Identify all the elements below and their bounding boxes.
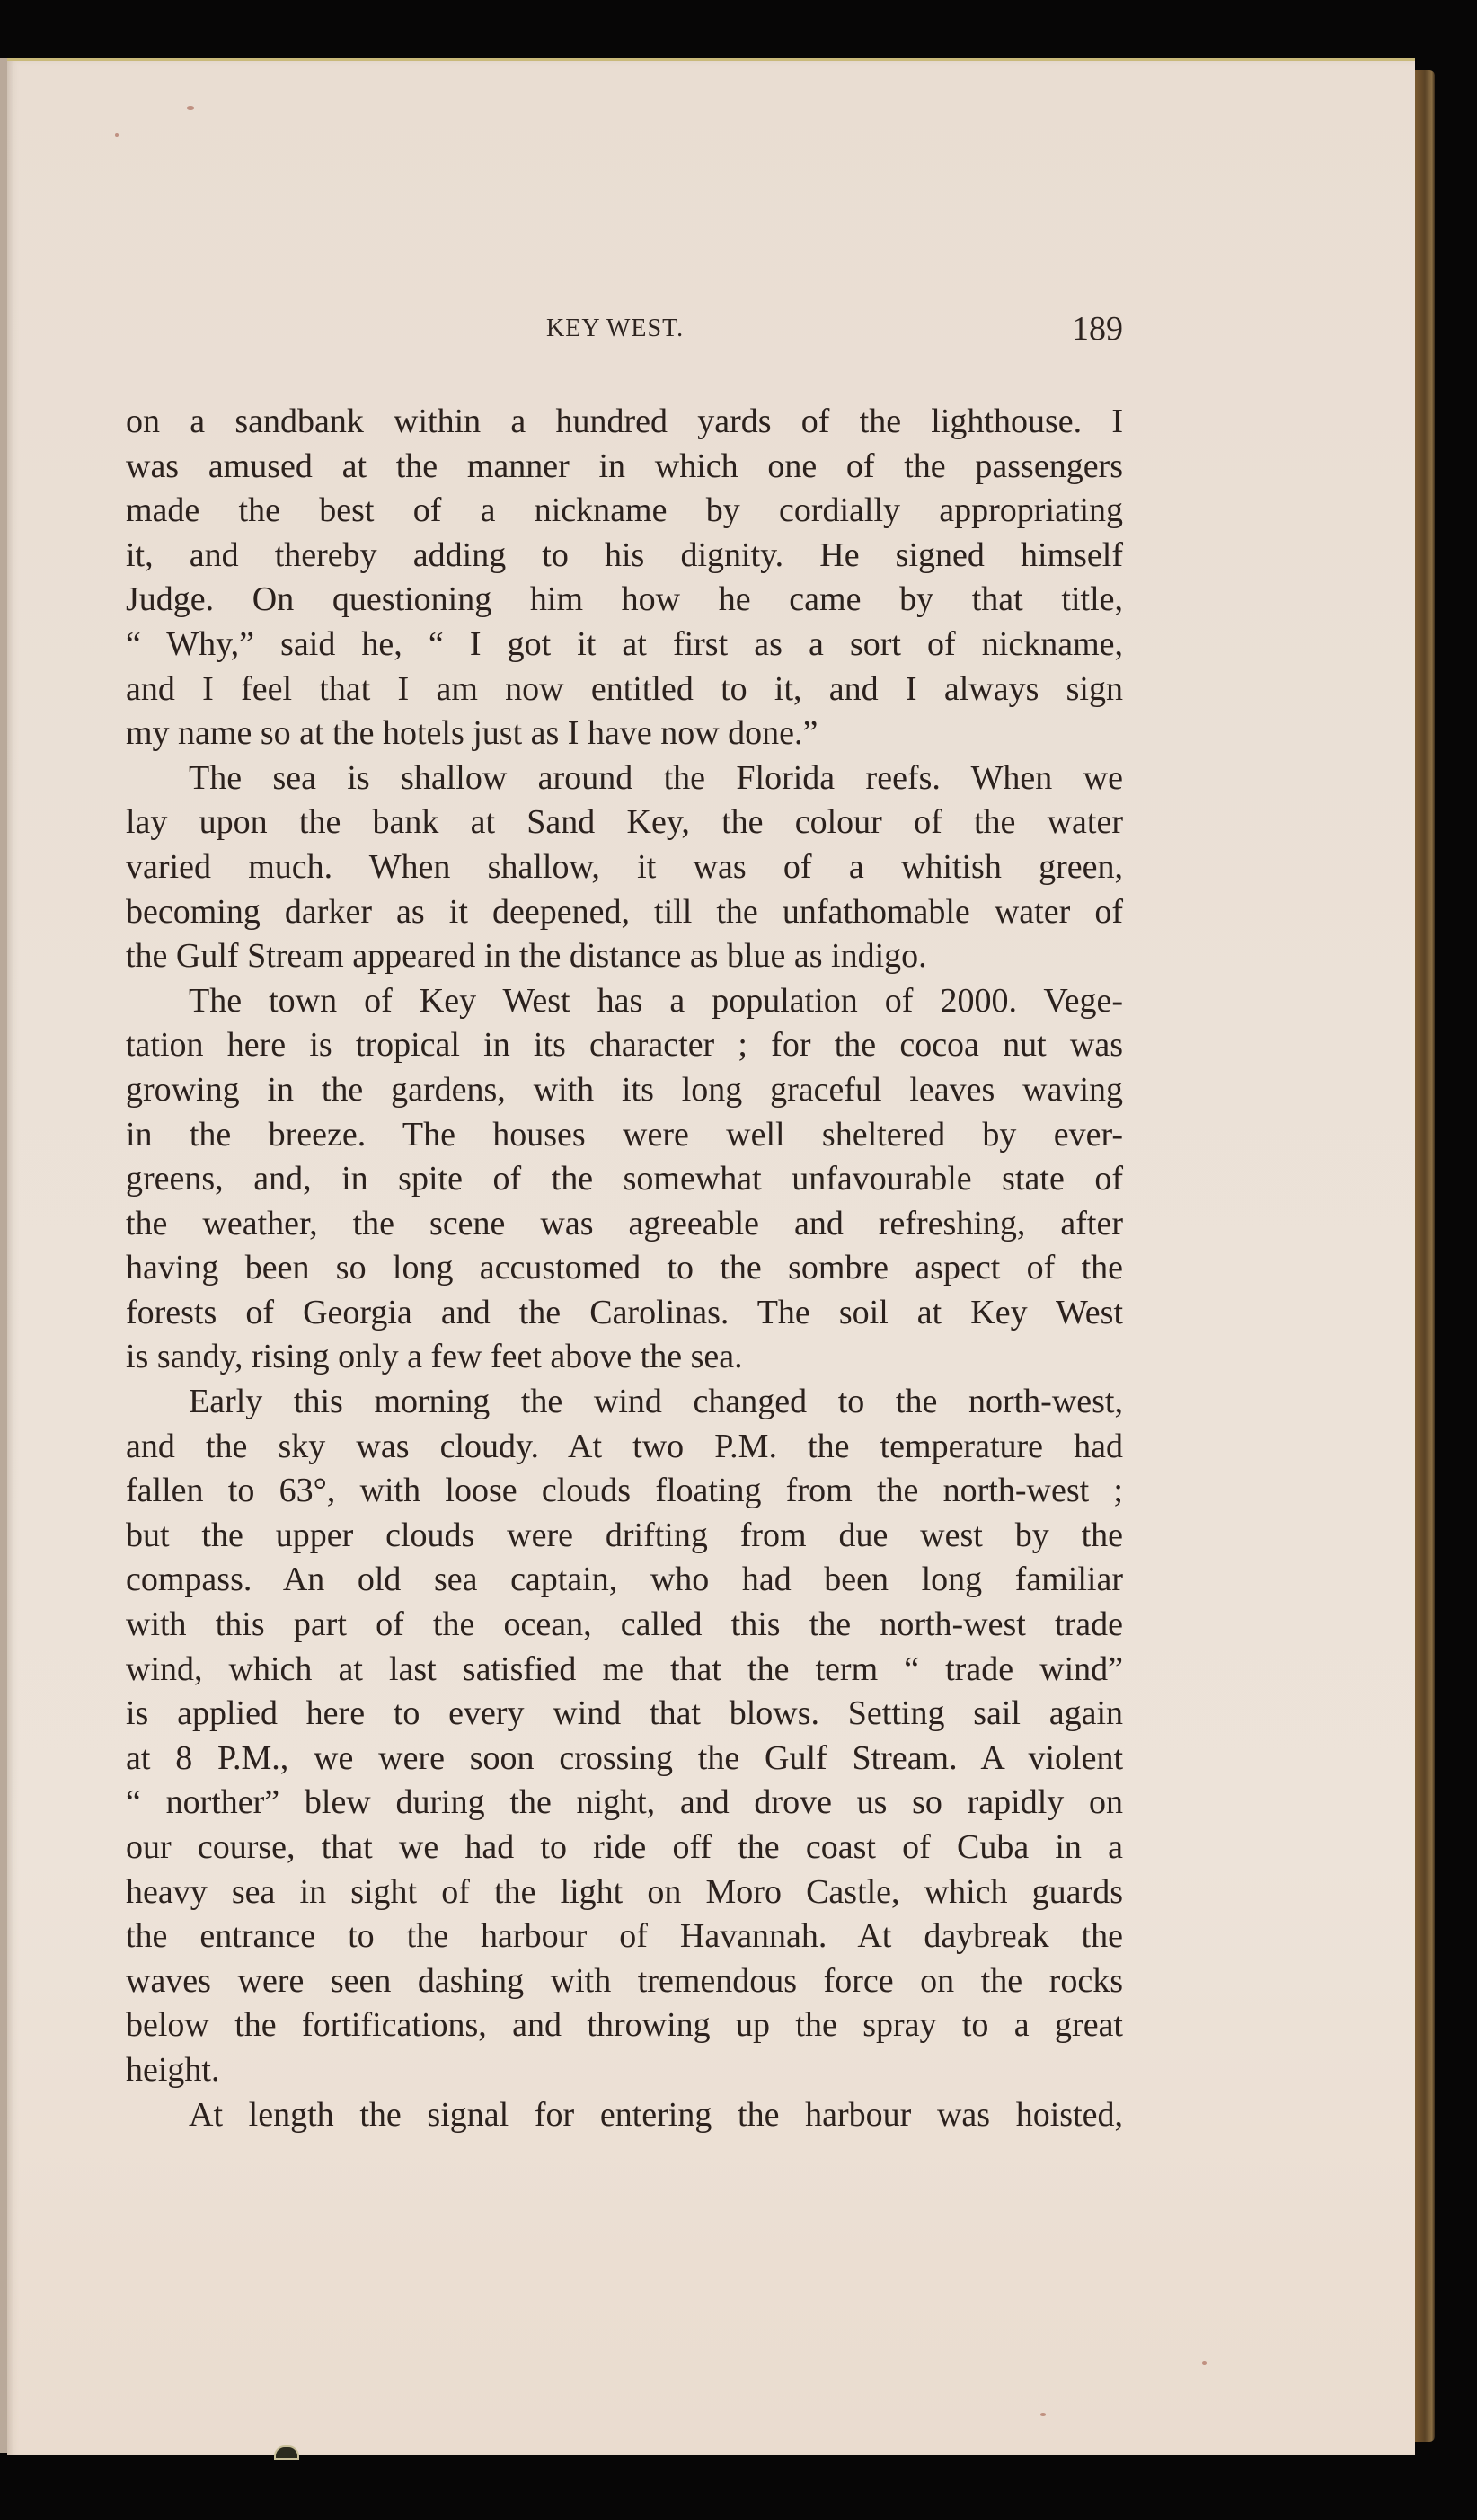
text-line: my name so at the hotels just as I have …: [126, 712, 1123, 756]
text-line: is applied here to every wind that blows…: [126, 1692, 1123, 1737]
text-line: The town of Key West has a population of…: [126, 979, 1123, 1024]
foxing-spot: [1202, 2361, 1207, 2365]
text-line: wind, which at last satisfied me that th…: [126, 1648, 1123, 1693]
text-line: tation here is tropical in its character…: [126, 1023, 1123, 1068]
text-line: the entrance to the harbour of Havannah.…: [126, 1914, 1123, 1959]
text-line: and I feel that I am now entitled to it,…: [126, 668, 1123, 712]
text-line: waves were seen dashing with tremendous …: [126, 1959, 1123, 2004]
text-line: it, and thereby adding to his dignity. H…: [126, 534, 1123, 579]
text-line: “ Why,” said he, “ I got it at first as …: [126, 623, 1123, 668]
text-line: At length the signal for entering the ha…: [126, 2093, 1123, 2138]
running-head: KEY WEST. 189: [126, 305, 1123, 359]
text-line: lay upon the bank at Sand Key, the colou…: [126, 800, 1123, 845]
body-text: on a sandbank within a hundred yards of …: [126, 400, 1123, 2137]
text-line: height.: [126, 2048, 1123, 2093]
text-line: on a sandbank within a hundred yards of …: [126, 400, 1123, 445]
text-line: heavy sea in sight of the light on Moro …: [126, 1870, 1123, 1915]
text-line: and the sky was cloudy. At two P.M. the …: [126, 1425, 1123, 1470]
text-line: compass. An old sea captain, who had bee…: [126, 1558, 1123, 1603]
running-title: KEY WEST.: [546, 314, 684, 343]
text-line: was amused at the manner in which one of…: [126, 445, 1123, 490]
binding-thread: [274, 2445, 299, 2460]
page-number: 189: [1072, 309, 1123, 349]
text-line: our course, that we had to ride off the …: [126, 1826, 1123, 1870]
text-line: at 8 P.M., we were soon crossing the Gul…: [126, 1737, 1123, 1782]
text-line: fallen to 63°, with loose clouds floatin…: [126, 1469, 1123, 1514]
text-line: having been so long accustomed to the so…: [126, 1246, 1123, 1291]
page-fore-edge: [1415, 70, 1435, 2442]
text-line: below the fortifications, and throwing u…: [126, 2003, 1123, 2048]
foxing-spot: [1040, 2413, 1046, 2416]
text-line: made the best of a nickname by cordially…: [126, 489, 1123, 534]
text-line: forests of Georgia and the Carolinas. Th…: [126, 1291, 1123, 1336]
text-line: “ norther” blew during the night, and dr…: [126, 1781, 1123, 1826]
text-line: with this part of the ocean, called this…: [126, 1603, 1123, 1648]
foxing-spot: [115, 133, 119, 137]
text-line: in the breeze. The houses were well shel…: [126, 1113, 1123, 1158]
foxing-spot: [187, 106, 194, 110]
text-line: growing in the gardens, with its long gr…: [126, 1068, 1123, 1113]
text-line: the weather, the scene was agreeable and…: [126, 1202, 1123, 1247]
text-line: but the upper clouds were drifting from …: [126, 1514, 1123, 1559]
text-line: varied much. When shallow, it was of a w…: [126, 845, 1123, 890]
text-line: is sandy, rising only a few feet above t…: [126, 1335, 1123, 1380]
text-line: Early this morning the wind changed to t…: [126, 1380, 1123, 1425]
text-line: greens, and, in spite of the somewhat un…: [126, 1157, 1123, 1202]
adjacent-page-sliver: [0, 58, 7, 2453]
text-line: The sea is shallow around the Florida re…: [126, 756, 1123, 801]
text-line: becoming darker as it deepened, till the…: [126, 890, 1123, 935]
text-line: the Gulf Stream appeared in the distance…: [126, 934, 1123, 979]
text-line: Judge. On questioning him how he came by…: [126, 578, 1123, 623]
